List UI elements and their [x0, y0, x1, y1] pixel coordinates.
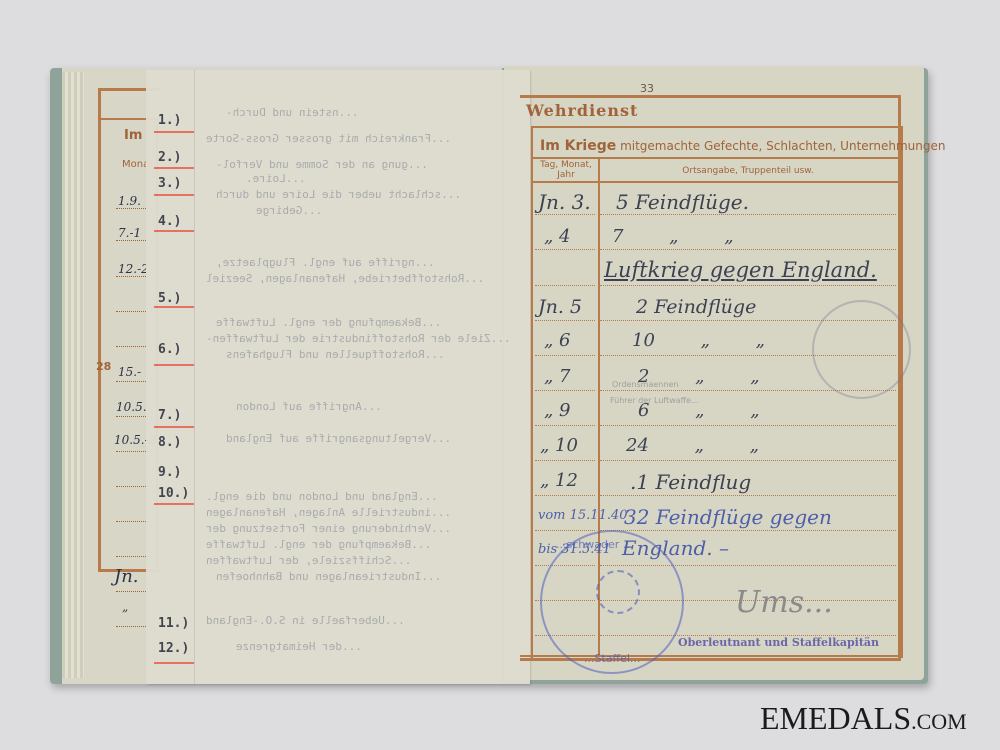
- entry-text: 6 „ „: [638, 400, 760, 421]
- entry-text: 2 Feindflüge: [636, 296, 756, 318]
- entry-date: „ 12: [540, 470, 578, 491]
- mirrored-typed-line: ...Bekaempfung der engl. Luftwaffe: [216, 316, 441, 329]
- mirrored-typed-line: ...nstein und Durch-: [226, 106, 358, 119]
- entry-text: .1 Feindflug: [630, 470, 751, 494]
- page-title: Wehrdienst: [526, 101, 638, 120]
- mirrored-typed-line: ...ngriffe auf engl. Flugplaetze,: [216, 256, 435, 269]
- flap-number: 12.): [158, 641, 189, 656]
- entry-date: „ 6: [544, 330, 571, 351]
- entry-date: Jn. 3.: [538, 190, 591, 214]
- flap-number: 7.): [158, 408, 181, 423]
- left-date: „: [122, 600, 128, 614]
- column-header-rule: [531, 181, 901, 183]
- entry-text: Luftkrieg gegen England.: [604, 258, 877, 282]
- flap-number: 3.): [158, 176, 181, 191]
- mirrored-typed-line: ...Gebirge: [256, 204, 322, 217]
- watermark: EMEDALS.COM: [760, 700, 967, 737]
- entry-date: Jn. 5: [538, 296, 582, 318]
- signature-role: Oberleutnant und Staffelkapitän: [678, 636, 879, 649]
- entry-text: 32 Feindflüge gegen: [624, 505, 832, 529]
- flap-number: 9.): [158, 465, 181, 480]
- mirrored-typed-line: ...Ueberfaelle in S.O.-England: [206, 614, 405, 627]
- stamp-text-bottom: ...Staffel...: [584, 652, 640, 665]
- flap-number: 1.): [158, 113, 181, 128]
- faint-stamp: [812, 300, 911, 399]
- signature: Ums...: [735, 585, 833, 620]
- mirrored-typed-line: ...Ziele der Rohstoffindustrie der Luftw…: [206, 332, 511, 345]
- flap-number: 5.): [158, 291, 181, 306]
- mirrored-typed-line: ...Schiffsziele, der Luftwaffen: [206, 554, 411, 567]
- column-header-date: Tag, Monat, Jahr: [536, 160, 596, 180]
- entry-text: 10 „ „: [632, 330, 765, 351]
- flap-number: 2.): [158, 150, 181, 165]
- flap-number: 8.): [158, 435, 181, 450]
- mirrored-typed-line: ...Industrieanlagen und Bahnhoefen: [216, 570, 441, 583]
- mirrored-typed-line: ...Loire.: [246, 172, 306, 185]
- mirrored-typed-line: ...Rohstoffbetriebe, Hafenanlagen, Seezi…: [206, 272, 484, 285]
- entry-date: „ 9: [544, 400, 571, 421]
- page-number-left: 28: [96, 360, 111, 373]
- entry-text: 5 Feindflüge.: [616, 190, 749, 214]
- entry-date: „ 4: [544, 226, 571, 247]
- entry-text: 2 „ „: [638, 366, 760, 387]
- flap-number: 11.): [158, 616, 189, 631]
- header-rule: [531, 157, 901, 159]
- mirrored-typed-line: ...Rohstoffquellen und Flughafens: [226, 348, 445, 361]
- mirrored-typed-line: ...schlacht ueber die Loire und durch: [216, 188, 461, 201]
- left-section-header: Im: [124, 128, 142, 143]
- flap-number: 6.): [158, 342, 181, 357]
- left-date: 10.5.: [116, 400, 147, 414]
- mirrored-typed-line: ...industrielle Anlagen, Hafenanlagen: [206, 506, 451, 519]
- left-date: 7.-1: [118, 226, 141, 240]
- mirrored-typed-line: ...Angriffe auf London: [236, 400, 382, 413]
- entry-date: „ 10: [540, 435, 578, 456]
- column-header-place: Ortsangabe, Truppenteil usw.: [600, 166, 896, 176]
- mirrored-typed-line: ...Vergeltungsangriffe auf England: [226, 432, 451, 445]
- eagle-emblem-icon: [596, 570, 640, 614]
- left-date: Jn.: [114, 566, 139, 587]
- mirrored-typed-line: ...Frankreich mit grosser Gross-Sorte: [206, 132, 451, 145]
- translucent-flap[interactable]: 1.) 2.) 3.) 4.) 5.) 6.) 7.) 8.) 9.) 10.)…: [146, 70, 530, 684]
- flap-number: 4.): [158, 214, 181, 229]
- stamp-text-top: ...schwader ...: [556, 538, 633, 551]
- mirrored-typed-line: ...gung an der Somme und Verfol-: [216, 158, 428, 171]
- page-number-right: 33: [640, 82, 654, 95]
- left-date: 1.9.: [118, 194, 141, 208]
- mirrored-typed-line: ...der Heimatgrenze: [236, 640, 362, 653]
- left-date: 12.-2: [118, 262, 149, 276]
- left-date: 15.-: [118, 365, 141, 379]
- flap-number: 10.): [158, 486, 189, 501]
- section-title: Im Kriege mitgemachte Gefechte, Schlacht…: [540, 138, 945, 154]
- mirrored-typed-line: ...Verhinderung einer Fortsetzung der: [206, 522, 451, 535]
- entry-text: 7 „ „: [612, 226, 734, 247]
- entry-text: 24 „ „: [626, 435, 759, 456]
- page-edges: [62, 72, 84, 678]
- entry-date: „ 7: [544, 366, 571, 387]
- mirrored-typed-line: ...England und London und die engl.: [206, 490, 438, 503]
- entry-date: vom 15.11.40: [538, 508, 628, 523]
- mirrored-typed-line: ...Bekaempfung der engl. Luftwaffe: [206, 538, 431, 551]
